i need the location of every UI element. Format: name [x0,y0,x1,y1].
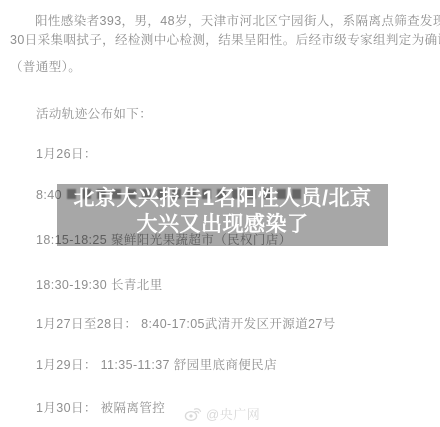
article-page: 阳性感染者393，男，48岁，天津市河北区宁园街人，系隔离点筛查发现，1月 30… [0,0,440,427]
watermark-label: @央广网 [206,404,260,423]
headline-overlay-banner: 北京大兴报告1名阳性人员/北京 大兴又出现感染了 [57,184,388,246]
timeline-date: 1月26日： [36,147,97,161]
paragraph-line: 30日采集咽拭子，经检测中心检测，结果呈阳性。后经市级专家组判定为确诊病例 [10,33,440,47]
paragraph-line: （普通型）。 [10,60,81,74]
headline-text: 北京大兴报告1名阳性人员/北京 大兴又出现感染了 [57,184,388,238]
paragraph-line: 阳性感染者393，男，48岁，天津市河北区宁园街人，系隔离点筛查发现，1月 [35,14,440,28]
watermark: @央广网 [184,404,260,423]
weibo-icon [184,406,202,422]
timeline-entry: 1月29日： 11:35-11:37 舒园里底商便民店 [36,358,277,372]
headline-line-2: 大兴又出现感染了 [57,212,388,238]
timeline-entry: 1月27日至28日： 8:40-17:05武清开发区开源道27号 [36,317,336,331]
headline-line-1: 北京大兴报告1名阳性人员/北京 [57,186,388,212]
activity-intro: 活动轨迹公布如下： [36,107,152,121]
timeline-entry: 1月30日： 被隔离管控 [36,401,165,415]
timeline-entry: 18:30-19:30 长青北里 [36,278,163,292]
